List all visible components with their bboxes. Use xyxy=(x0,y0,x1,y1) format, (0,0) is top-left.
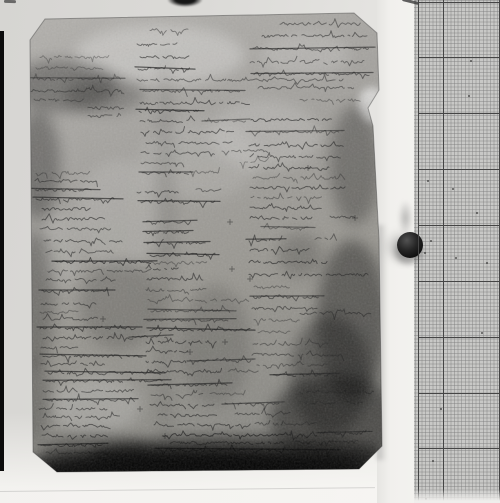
grid-major-horizontal xyxy=(418,113,500,114)
frame-mark xyxy=(4,0,16,3)
dust-speck xyxy=(468,95,470,97)
grid-major-horizontal xyxy=(418,57,500,58)
dust-speck xyxy=(486,262,488,264)
dust-speck xyxy=(427,180,429,182)
grid-major-horizontal xyxy=(418,169,500,170)
dust-speck xyxy=(432,460,434,462)
dust-speck xyxy=(425,498,427,500)
knob-shadow-smudge xyxy=(398,200,413,236)
archival-photograph xyxy=(0,0,500,503)
dust-speck xyxy=(452,188,454,190)
film-grain xyxy=(25,8,387,476)
grid-major-horizontal xyxy=(418,393,500,394)
grid-major-horizontal xyxy=(418,225,500,226)
dust-speck xyxy=(424,252,426,254)
dust-speck xyxy=(440,408,442,410)
parchment-group xyxy=(5,8,405,503)
grid-major-horizontal xyxy=(418,448,500,449)
grid-major-vertical xyxy=(443,0,444,503)
dust-speck xyxy=(430,240,432,242)
dust-speck xyxy=(455,257,457,259)
grid-major-horizontal xyxy=(418,281,500,282)
dust-speck xyxy=(476,212,478,214)
dust-speck xyxy=(470,60,472,62)
dust-speck xyxy=(481,332,483,334)
grid-major-horizontal xyxy=(418,337,500,338)
grid-major-horizontal xyxy=(418,2,500,3)
grid-major-vertical xyxy=(418,0,419,503)
